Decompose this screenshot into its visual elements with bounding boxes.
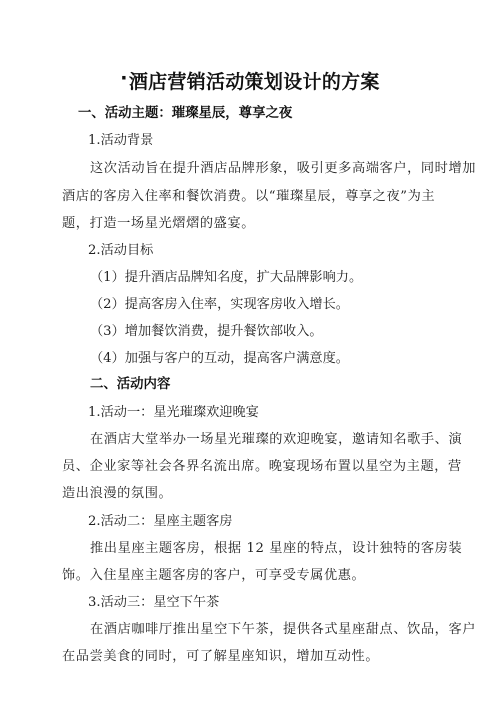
title-text: 酒店营销活动策划设计的方案 bbox=[129, 71, 380, 93]
paragraph-line: 这次活动旨在提升酒店品牌形象，吸引更多高端客户，同时增加 bbox=[90, 160, 476, 178]
subsection-heading-activity-1: 1.活动一：星光璀璨欢迎晚宴 bbox=[88, 404, 259, 422]
document-title: ·酒店营销活动策划设计的方案 bbox=[0, 69, 500, 95]
paragraph-line: 在酒店咖啡厅推出星空下午茶，提供各式星座甜点、饮品，客户 bbox=[90, 621, 476, 639]
paragraph-line: 员、企业家等社会各界名流出席。晚宴现场布置以星空为主题，营 bbox=[62, 458, 462, 476]
goal-item-4: （4）加强与客户的互动，提高客户满意度。 bbox=[90, 350, 349, 368]
subsection-heading-activity-3: 3.活动三：星空下午茶 bbox=[88, 594, 219, 612]
paragraph-line: 在酒店大堂举办一场星光璀璨的欢迎晚宴，邀请知名歌手、演 bbox=[90, 431, 462, 449]
goal-item-3: （3）增加餐饮消费，提升餐饮部收入。 bbox=[90, 323, 323, 341]
paragraph-line: 造出浪漫的氛围。 bbox=[62, 485, 172, 503]
paragraph-line: 题，打造一场星光熠熠的盛宴。 bbox=[62, 215, 255, 233]
paragraph-line: 在品尝美食的同时，可了解星座知识，增加互动性。 bbox=[62, 648, 379, 666]
paragraph-line: 酒店的客房入住率和餐饮消费。以“璀璨星辰，尊享之夜”为主 bbox=[62, 188, 435, 206]
subsection-heading-activity-2: 2.活动二：星座主题客房 bbox=[88, 513, 232, 531]
paragraph-line: 饰。入住星座主题客房的客户，可享受专属优惠。 bbox=[62, 567, 365, 585]
goal-item-2: （2）提高客房入住率，实现客房收入增长。 bbox=[90, 296, 349, 314]
document-page: ·酒店营销活动策划设计的方案 一、活动主题：璀璨星辰，尊享之夜 1.活动背景 这… bbox=[0, 0, 500, 707]
section-heading-2: 二、活动内容 bbox=[90, 376, 170, 394]
subsection-heading-background: 1.活动背景 bbox=[88, 132, 153, 150]
title-marker: · bbox=[120, 67, 128, 89]
paragraph-line: 推出星座主题客房，根据 12 星座的特点，设计独特的客房装 bbox=[90, 540, 462, 558]
goal-item-1: （1）提升酒店品牌知名度，扩大品牌影响力。 bbox=[90, 269, 362, 287]
section-heading-1: 一、活动主题：璀璨星辰，尊享之夜 bbox=[78, 105, 292, 123]
subsection-heading-goals: 2.活动目标 bbox=[88, 242, 153, 260]
